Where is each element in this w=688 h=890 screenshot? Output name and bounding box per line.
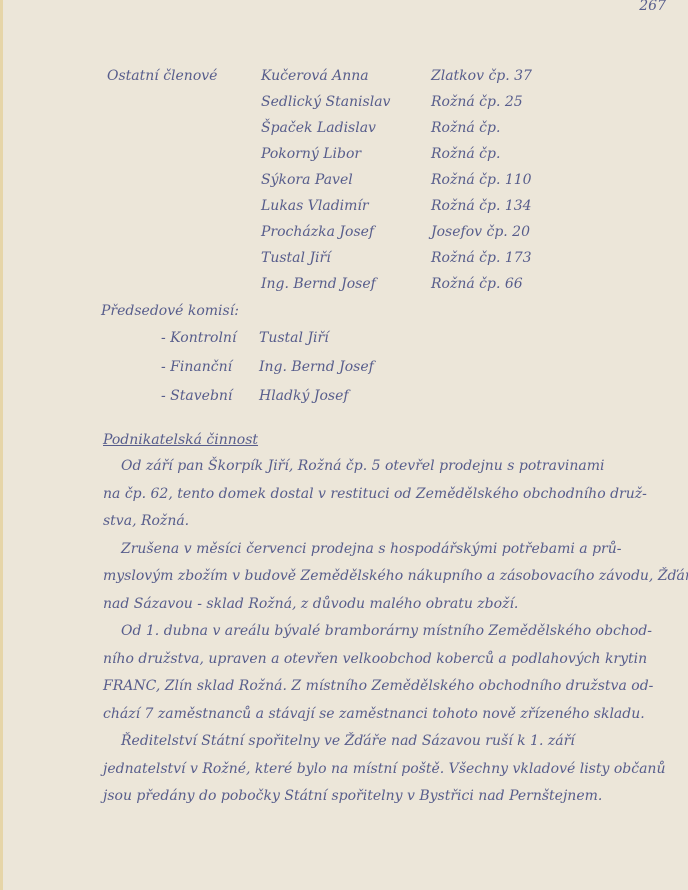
member-address: Rožná čp. 25 [431,94,523,110]
member-address: Zlatkov čp. 37 [431,68,532,84]
text-line: jsou předány do pobočky Státní spořiteln… [103,788,602,804]
member-row: Špaček LadislavRožná čp. [261,120,431,136]
member-row: Sedlický StanislavRožná čp. 25 [261,94,431,110]
member-address: Rožná čp. 66 [431,276,523,292]
chair-row: - KontrolníTustal Jiří [161,330,329,346]
member-address: Rožná čp. 173 [431,250,532,266]
member-address: Josefov čp. 20 [431,224,530,240]
member-row: Sýkora PavelRožná čp. 110 [261,172,431,188]
member-name: Procházka Josef [261,224,431,240]
text-line: Od 1. dubna v areálu bývalé bramborárny … [121,623,652,639]
member-address: Rožná čp. 134 [431,198,532,214]
member-row: Lukas VladimírRožná čp. 134 [261,198,431,214]
text-line: myslovým zbožím v budově Zemědělského ná… [103,568,688,584]
member-name: Kučerová Anna [261,68,431,84]
member-address: Rožná čp. [431,120,500,136]
chair-role: - Finanční [161,359,259,375]
chair-role: - Stavební [161,388,259,404]
member-name: Lukas Vladimír [261,198,431,214]
text-line: nad Sázavou - sklad Rožná, z důvodu malé… [103,596,518,612]
chair-name: Ing. Bernd Josef [259,359,374,375]
text-line: Zrušena v měsíci červenci prodejna s hos… [121,541,622,557]
chair-row: - StavebníHladký Josef [161,388,349,404]
document-page: 267 Ostatní členové Kučerová AnnaZlatkov… [0,0,688,890]
chair-name: Hladký Josef [259,388,349,404]
member-row: Tustal JiříRožná čp. 173 [261,250,431,266]
member-name: Tustal Jiří [261,250,431,266]
page-number: 267 [639,0,666,14]
member-name: Sedlický Stanislav [261,94,431,110]
text-line: FRANC, Zlín sklad Rožná. Z místního Země… [103,678,653,694]
members-label: Ostatní členové [107,68,217,84]
member-name: Špaček Ladislav [261,120,431,136]
text-line: jednatelství v Rožné, které bylo na míst… [103,761,665,777]
text-line: stva, Rožná. [103,513,189,529]
member-address: Rožná čp. [431,146,500,162]
member-row: Pokorný LiborRožná čp. [261,146,431,162]
text-line: chází 7 zaměstnanců a stávají se zaměstn… [103,706,645,722]
chairs-label: Předsedové komisí: [101,303,239,319]
text-line: na čp. 62, tento domek dostal v restituc… [103,486,647,502]
member-name: Ing. Bernd Josef [261,276,431,292]
member-row: Kučerová AnnaZlatkov čp. 37 [261,68,431,84]
member-name: Pokorný Libor [261,146,431,162]
member-name: Sýkora Pavel [261,172,431,188]
section-title: Podnikatelská činnost [103,432,258,448]
text-line: ního družstva, upraven a otevřen velkoob… [103,651,647,667]
member-row: Ing. Bernd JosefRožná čp. 66 [261,276,431,292]
chair-name: Tustal Jiří [259,330,329,346]
chair-row: - FinančníIng. Bernd Josef [161,359,374,375]
member-address: Rožná čp. 110 [431,172,532,188]
text-line: Od září pan Škorpík Jiří, Rožná čp. 5 ot… [121,458,604,474]
text-line: Ředitelství Státní spořitelny ve Žďáře n… [121,733,575,749]
chair-role: - Kontrolní [161,330,259,346]
member-row: Procházka JosefJosefov čp. 20 [261,224,431,240]
